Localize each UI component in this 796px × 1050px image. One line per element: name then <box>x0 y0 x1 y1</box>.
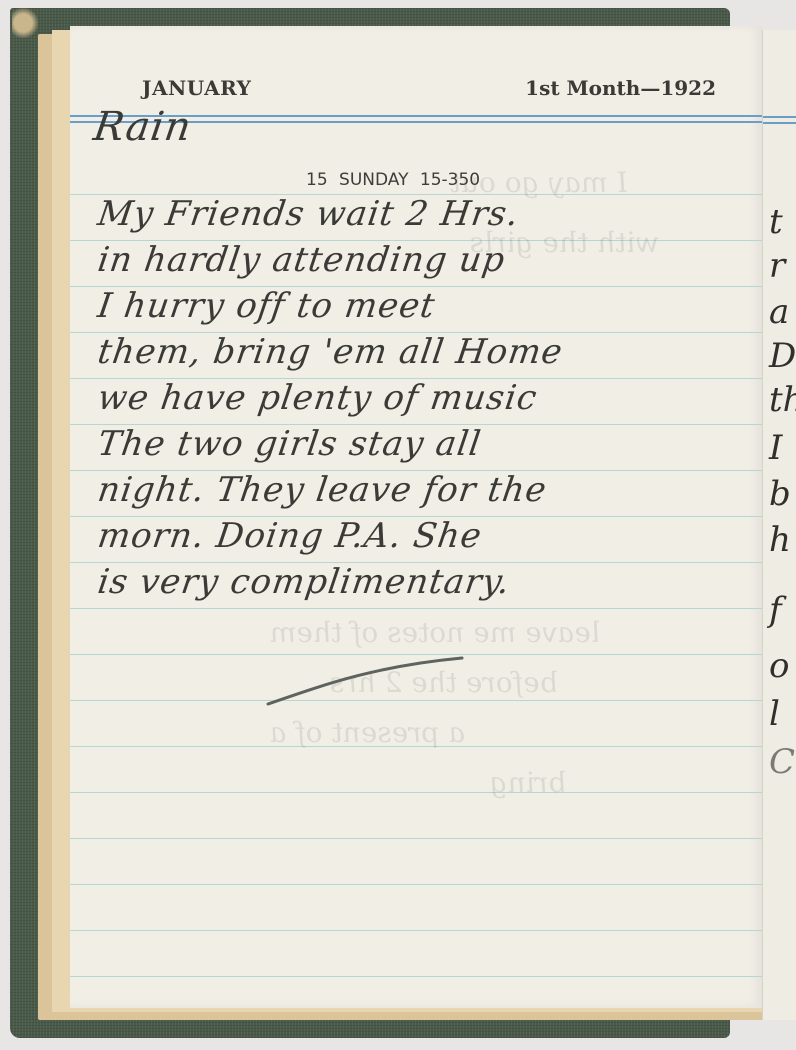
bleed-through: bring <box>488 766 569 799</box>
entry-line: I hurry off to meet <box>95 286 438 326</box>
right-page-letter: h <box>769 520 791 560</box>
entry-line: we have plenty of music <box>95 378 540 418</box>
bleed-through: leave me notes of them <box>268 616 603 649</box>
header-rule-top <box>763 116 796 118</box>
right-page-letter: l <box>769 694 780 734</box>
right-page-letter: th <box>769 380 796 420</box>
entry-line: night. They leave for the <box>95 470 549 510</box>
right-page-letter: b <box>769 474 791 514</box>
header-rule-bottom <box>763 122 796 124</box>
ruled-line <box>70 884 762 885</box>
ruled-line <box>70 930 762 931</box>
ruled-line <box>70 976 762 977</box>
weekday: SUNDAY <box>339 170 408 190</box>
entry-line: My Friends wait 2 Hrs. <box>95 194 522 234</box>
worn-corner <box>12 8 40 38</box>
right-page-letter: o <box>769 646 789 686</box>
right-page-letter: D <box>769 336 796 376</box>
bleed-through: a present of a <box>268 716 468 749</box>
month-label: JANUARY <box>142 76 251 100</box>
diary-page-left: JANUARY 1st Month—1922 15 SUNDAY 15-350 … <box>70 26 762 1008</box>
ruled-line <box>70 838 762 839</box>
ruled-line <box>70 608 762 609</box>
ruled-line <box>70 792 762 793</box>
entry-line: them, bring 'em all Home <box>95 332 565 372</box>
page-header: JANUARY 1st Month—1922 <box>70 74 762 104</box>
right-page-letter: r <box>769 246 785 286</box>
right-page-letter: t <box>769 202 783 242</box>
entry-line: The two girls stay all <box>95 424 484 464</box>
right-page-letter: C <box>769 742 795 782</box>
entry-line: is very complimentary. <box>95 562 513 602</box>
weather-note: Rain <box>91 104 195 150</box>
entry-line: morn. Doing P.A. She <box>95 516 484 556</box>
right-page-letter: a <box>769 292 789 332</box>
day-of-month: 15 <box>306 170 328 190</box>
diary-page-right: t r a D th I b h f o l C <box>762 30 796 1020</box>
month-info: 1st Month—1922 <box>525 76 716 100</box>
end-flourish <box>266 654 466 714</box>
right-page-letter: f <box>769 590 782 630</box>
right-page-letter: I <box>769 428 782 468</box>
entry-line: in hardly attending up <box>95 240 508 280</box>
